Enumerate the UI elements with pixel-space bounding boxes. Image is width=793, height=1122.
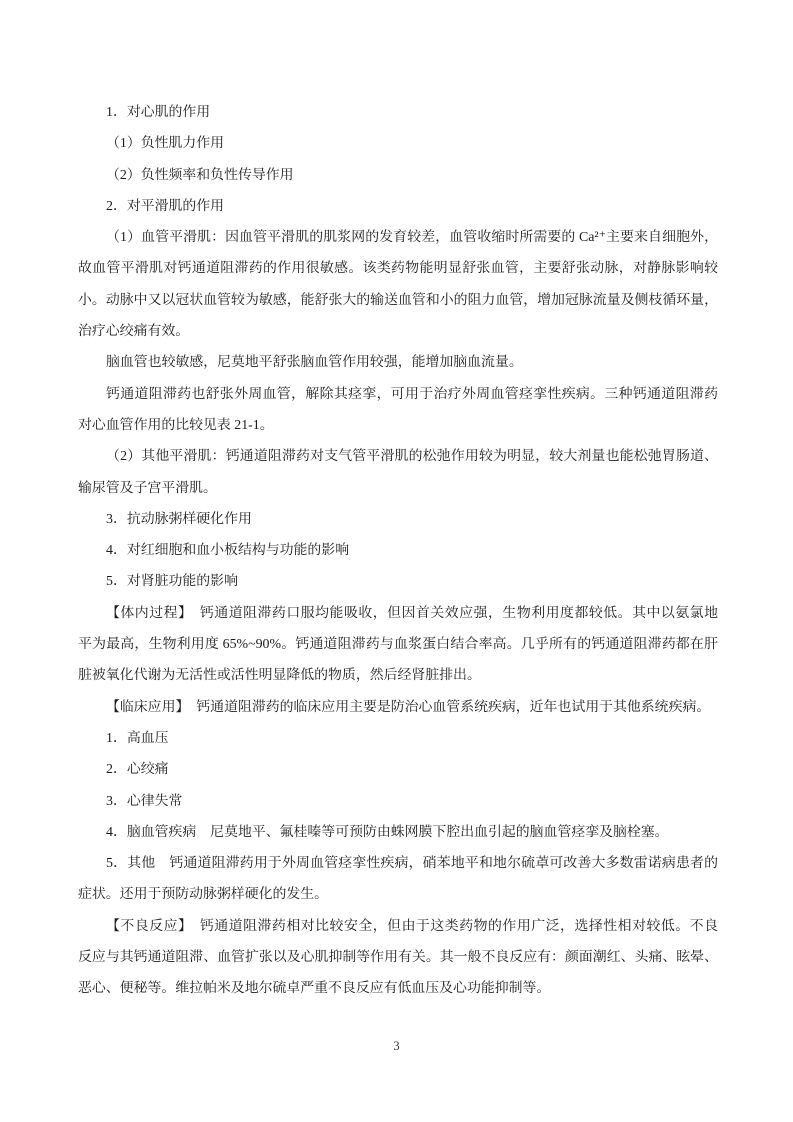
- paragraph-heading-smooth-muscle: 2．对平滑肌的作用: [78, 191, 718, 222]
- text-line: （1）负性肌力作用: [78, 128, 718, 159]
- text-line: 小。动脉中又以冠状血管较为敏感，能舒张大的输送血管和小的阻力血管，增加冠脉流量及…: [78, 285, 718, 316]
- text-line: 【体内过程】 钙通道阻滞药口服均能吸收，但因首关效应强，生物利用度都较低。其中以…: [78, 598, 718, 629]
- paragraph-peripheral-vessels: 钙通道阻滞药也舒张外周血管，解除其痉挛，可用于治疗外周血管痉挛性疾病。三种钙通道…: [78, 379, 718, 442]
- text-line: 4．对红细胞和血小板结构与功能的影响: [78, 535, 718, 566]
- paragraph-heading-rbc-platelet: 4．对红细胞和血小板结构与功能的影响: [78, 535, 718, 566]
- text-line: （1）血管平滑肌：因血管平滑肌的肌浆网的发育较差，血管收缩时所需要的 Ca²⁺主…: [78, 222, 718, 253]
- text-line: 2．对平滑肌的作用: [78, 191, 718, 222]
- text-line: 3．心律失常: [78, 786, 718, 817]
- text-line: 症状。还用于预防动脉粥样硬化的发生。: [78, 879, 718, 910]
- page-number: 3: [0, 1036, 793, 1056]
- paragraph-arrhythmia: 3．心律失常: [78, 786, 718, 817]
- text-line: 脏被氧化代谢为无活性或活性明显降低的物质，然后经肾脏排出。: [78, 660, 718, 691]
- text-line: 对心血管作用的比较见表 21-1。: [78, 410, 718, 441]
- text-line: 故血管平滑肌对钙通道阻滞药的作用很敏感。该类药物能明显舒张血管，主要舒张动脉，对…: [78, 253, 718, 284]
- text-line: 反应与其钙通道阻滞、血管扩张以及心肌抑制等作用有关。其一般不良反应有：颜面潮红、…: [78, 942, 718, 973]
- text-line: 2．心绞痛: [78, 754, 718, 785]
- paragraph-adverse-reactions: 【不良反应】 钙通道阻滞药相对比较安全，但由于这类药物的作用广泛，选择性相对较低…: [78, 911, 718, 1005]
- paragraph-negative-inotropic: （1）负性肌力作用: [78, 128, 718, 159]
- document-body: 1．对心肌的作用 （1）负性肌力作用 （2）负性频率和负性传导作用 2．对平滑肌…: [78, 97, 718, 1005]
- text-line: 脑血管也较敏感，尼莫地平舒张脑血管作用较强，能增加脑血流量。: [78, 347, 718, 378]
- text-line: 治疗心绞痛有效。: [78, 316, 718, 347]
- text-line: 输尿管及子宫平滑肌。: [78, 473, 718, 504]
- paragraph-heading-cardiac-effects: 1．对心肌的作用: [78, 97, 718, 128]
- paragraph-other-uses: 5．其他 钙通道阻滞药用于外周血管痉挛性疾病，硝苯地平和地尔硫䓬可改善大多数雷诺…: [78, 848, 718, 911]
- paragraph-pharmacokinetics: 【体内过程】 钙通道阻滞药口服均能吸收，但因首关效应强，生物利用度都较低。其中以…: [78, 598, 718, 692]
- text-line: 【临床应用】 钙通道阻滞药的临床应用主要是防治心血管系统疾病，近年也试用于其他系…: [78, 692, 718, 723]
- paragraph-angina: 2．心绞痛: [78, 754, 718, 785]
- paragraph-clinical-use-intro: 【临床应用】 钙通道阻滞药的临床应用主要是防治心血管系统疾病，近年也试用于其他系…: [78, 692, 718, 723]
- paragraph-other-smooth-muscle: （2）其他平滑肌：钙通道阻滞药对支气管平滑肌的松弛作用较为明显，较大剂量也能松弛…: [78, 441, 718, 504]
- text-line: （2）负性频率和负性传导作用: [78, 160, 718, 191]
- text-line: 恶心、便秘等。维拉帕米及地尔硫卓严重不良反应有低血压及心功能抑制等。: [78, 973, 718, 1004]
- text-line: 5．其他 钙通道阻滞药用于外周血管痉挛性疾病，硝苯地平和地尔硫䓬可改善大多数雷诺…: [78, 848, 718, 879]
- paragraph-heading-anti-atherosclerosis: 3．抗动脉粥样硬化作用: [78, 504, 718, 535]
- text-line: 3．抗动脉粥样硬化作用: [78, 504, 718, 535]
- text-line: 平为最高，生物利用度 65%~90%。钙通道阻滞药与血浆蛋白结合率高。几乎所有的…: [78, 629, 718, 660]
- paragraph-vascular-smooth-muscle: （1）血管平滑肌：因血管平滑肌的肌浆网的发育较差，血管收缩时所需要的 Ca²⁺主…: [78, 222, 718, 347]
- text-line: （2）其他平滑肌：钙通道阻滞药对支气管平滑肌的松弛作用较为明显，较大剂量也能松弛…: [78, 441, 718, 472]
- document-page: 1．对心肌的作用 （1）负性肌力作用 （2）负性频率和负性传导作用 2．对平滑肌…: [0, 0, 793, 1122]
- text-line: 4．脑血管疾病 尼莫地平、氟桂嗪等可预防由蛛网膜下腔出血引起的脑血管痉挛及脑栓塞…: [78, 817, 718, 848]
- paragraph-cerebrovascular-disease: 4．脑血管疾病 尼莫地平、氟桂嗪等可预防由蛛网膜下腔出血引起的脑血管痉挛及脑栓塞…: [78, 817, 718, 848]
- text-line: 钙通道阻滞药也舒张外周血管，解除其痉挛，可用于治疗外周血管痉挛性疾病。三种钙通道…: [78, 379, 718, 410]
- text-line: 5．对肾脏功能的影响: [78, 566, 718, 597]
- paragraph-heading-renal-function: 5．对肾脏功能的影响: [78, 566, 718, 597]
- paragraph-negative-chronotropic: （2）负性频率和负性传导作用: [78, 160, 718, 191]
- paragraph-hypertension: 1．高血压: [78, 723, 718, 754]
- paragraph-cerebral-vessels: 脑血管也较敏感，尼莫地平舒张脑血管作用较强，能增加脑血流量。: [78, 347, 718, 378]
- text-line: 1．高血压: [78, 723, 718, 754]
- text-line: 【不良反应】 钙通道阻滞药相对比较安全，但由于这类药物的作用广泛，选择性相对较低…: [78, 911, 718, 942]
- text-line: 1．对心肌的作用: [78, 97, 718, 128]
